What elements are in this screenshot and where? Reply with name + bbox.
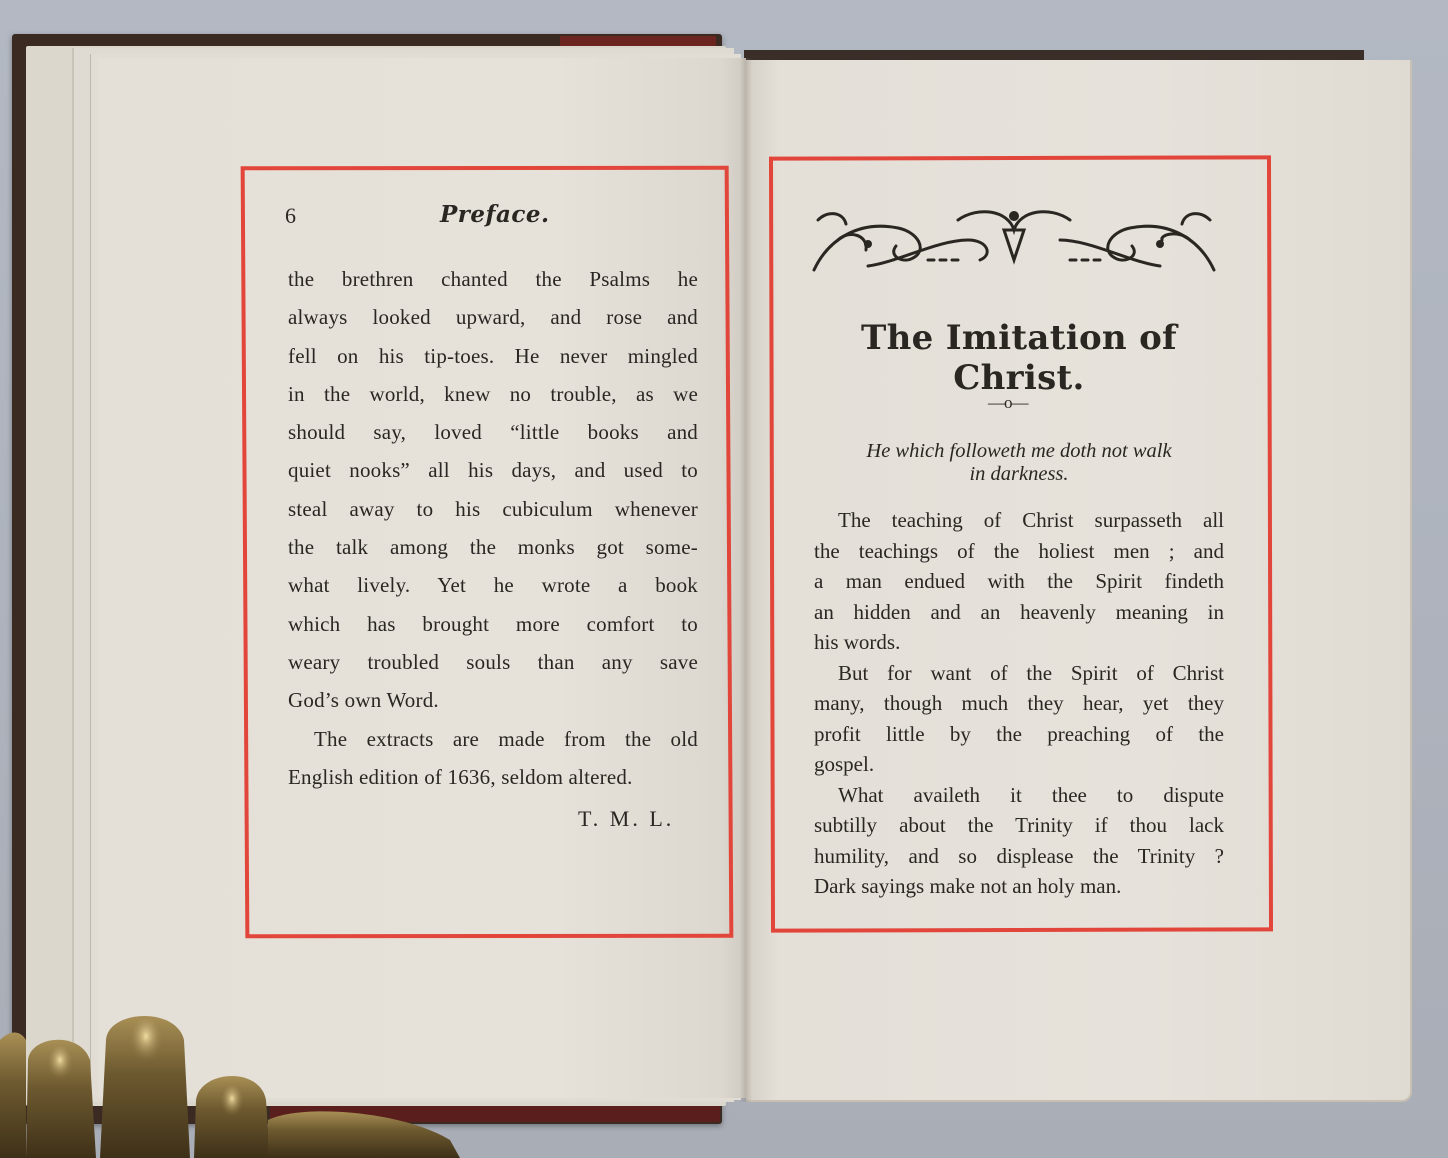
foliate-ornament-icon bbox=[808, 200, 1220, 276]
text-line: fell on his tip-toes. He never mingled bbox=[288, 337, 698, 375]
text-line: God’s own Word. bbox=[288, 681, 698, 719]
title-divider: —o— bbox=[988, 393, 1028, 413]
text-line: But for want of the Spirit of Christ bbox=[814, 658, 1224, 689]
text-line: The teaching of Christ surpasseth all bbox=[814, 505, 1224, 536]
epigraph: He which followeth me doth not walk in d… bbox=[812, 440, 1226, 486]
preface-text: the brethren chanted the Psalms he alway… bbox=[288, 260, 698, 796]
text-line: weary troubled souls than any save bbox=[288, 643, 698, 681]
text-line: What availeth it thee to dispute bbox=[814, 780, 1224, 811]
text-line: his words. bbox=[814, 627, 1224, 658]
text-line: the brethren chanted the Psalms he bbox=[288, 260, 698, 298]
text-line: the talk among the monks got some- bbox=[288, 528, 698, 566]
epigraph-line: He which followeth me doth not walk bbox=[812, 440, 1226, 463]
text-line: a man endued with the Spirit findeth bbox=[814, 566, 1224, 597]
text-line: The extracts are made from the old bbox=[288, 720, 698, 758]
text-line: humility, and so displease the Trinity ? bbox=[814, 841, 1224, 872]
chapter-text: The teaching of Christ surpasseth all th… bbox=[814, 505, 1224, 902]
page-number: 6 bbox=[285, 203, 296, 229]
text-line: the teachings of the holiest men ; and bbox=[814, 536, 1224, 567]
text-line: profit little by the preaching of the bbox=[814, 719, 1224, 750]
text-line: always looked upward, and rose and bbox=[288, 298, 698, 336]
text-line: subtilly about the Trinity if thou lack bbox=[814, 810, 1224, 841]
text-line: an hidden and an heavenly meaning in bbox=[814, 597, 1224, 628]
epigraph-line: in darkness. bbox=[812, 463, 1226, 486]
book-gutter bbox=[740, 58, 752, 1102]
running-head: Preface. bbox=[440, 201, 550, 228]
text-line: which has brought more comfort to bbox=[288, 605, 698, 643]
text-line: many, though much they hear, yet they bbox=[814, 688, 1224, 719]
signature: T. M. L. bbox=[578, 806, 674, 832]
text-line: in the world, knew no trouble, as we bbox=[288, 375, 698, 413]
text-line: what lively. Yet he wrote a book bbox=[288, 566, 698, 604]
text-line: steal away to his cubiculum whenever bbox=[288, 490, 698, 528]
brass-hand-bookend-icon bbox=[0, 1000, 460, 1158]
text-line: quiet nooks” all his days, and used to bbox=[288, 451, 698, 489]
text-line: should say, loved “little books and bbox=[288, 413, 698, 451]
text-line: gospel. bbox=[814, 749, 1224, 780]
text-line: Dark sayings make not an holy man. bbox=[814, 871, 1224, 902]
chapter-title: The Imitation of Christ. bbox=[810, 318, 1228, 398]
text-line: English edition of 1636, seldom altered. bbox=[288, 758, 698, 796]
